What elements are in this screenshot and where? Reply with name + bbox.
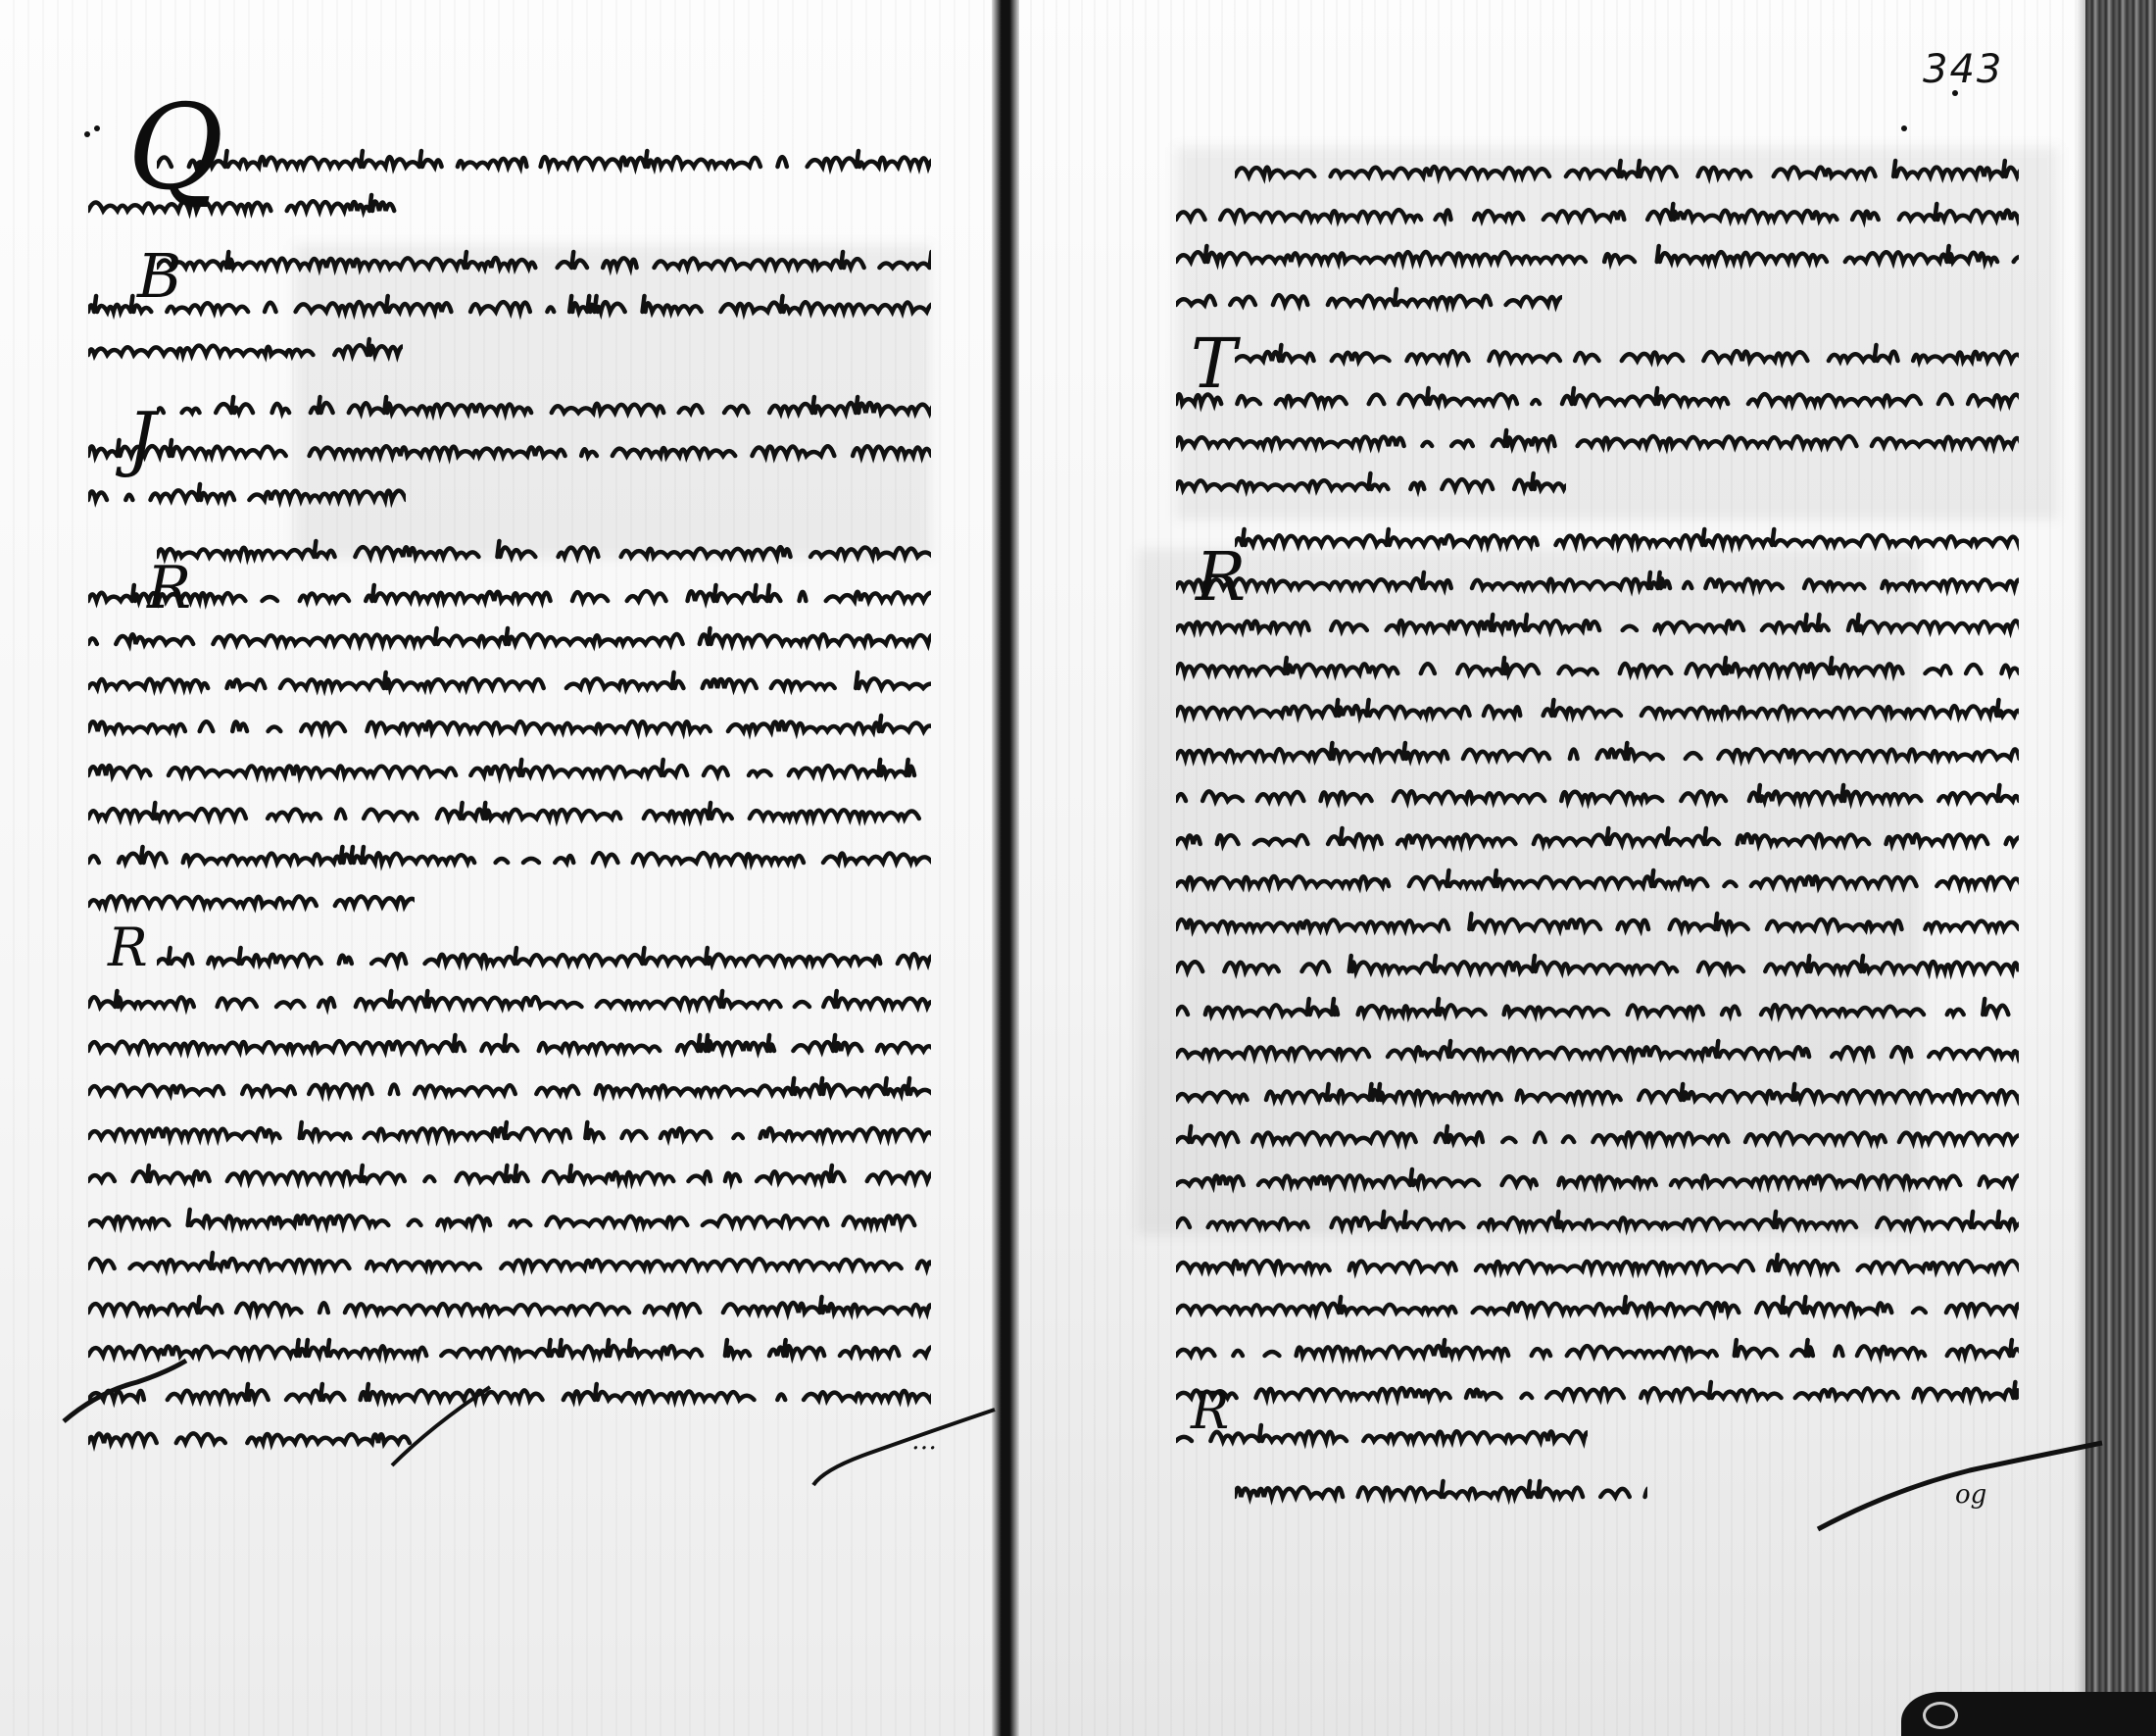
right-handwritten-line bbox=[1176, 242, 2019, 275]
left-handwritten-line bbox=[88, 799, 931, 832]
right-page-text bbox=[1176, 157, 2058, 1490]
right-handwritten-line bbox=[1176, 1251, 2019, 1284]
right-handwritten-line bbox=[1176, 781, 2019, 815]
right-handwritten-line bbox=[1176, 1293, 2019, 1326]
right-handwritten-line bbox=[1176, 611, 2019, 644]
right-handwritten-line bbox=[1235, 1477, 1647, 1511]
initial-letter-t: T bbox=[1191, 323, 1237, 404]
right-handwritten-line bbox=[1176, 1122, 2019, 1156]
tab-emblem-icon bbox=[1923, 1702, 1958, 1729]
initial-letter-r: R bbox=[1191, 1382, 1229, 1441]
initial-letter-q: Q bbox=[127, 90, 223, 208]
right-handwritten-line bbox=[1176, 470, 1566, 503]
ink-dot bbox=[1952, 90, 1958, 96]
right-handwritten-line bbox=[1176, 867, 2019, 900]
ink-dot bbox=[94, 125, 100, 131]
left-page-text bbox=[88, 147, 970, 1421]
left-handwritten-line bbox=[157, 393, 931, 426]
left-handwritten-line bbox=[88, 1162, 931, 1195]
right-handwritten-line bbox=[1176, 995, 2019, 1028]
right-handwritten-line bbox=[1235, 341, 2019, 374]
left-handwritten-line bbox=[88, 292, 931, 325]
right-handwritten-line bbox=[1176, 824, 2019, 858]
right-handwritten-line bbox=[1176, 910, 2019, 943]
folio-number: 343 bbox=[1923, 47, 2003, 92]
left-handwritten-line bbox=[88, 480, 406, 514]
left-handwritten-line bbox=[88, 581, 931, 615]
left-handwritten-line bbox=[88, 1293, 931, 1326]
bookmark-tab bbox=[1901, 1692, 2156, 1736]
pen-flourish bbox=[59, 1353, 196, 1431]
left-handwritten-line bbox=[157, 248, 931, 281]
initial-letter-r: R bbox=[108, 917, 148, 978]
initial-letter-r: R bbox=[1196, 539, 1246, 617]
right-handwritten-line bbox=[1176, 696, 2019, 729]
left-handwritten-line bbox=[88, 1031, 931, 1065]
right-handwritten-line bbox=[1235, 157, 2019, 190]
right-handwritten-line bbox=[1176, 1208, 2019, 1241]
left-handwritten-line bbox=[88, 1336, 931, 1369]
right-handwritten-line bbox=[1176, 1378, 2019, 1412]
left-handwritten-line bbox=[88, 1118, 931, 1152]
initial-letter-b: B bbox=[137, 240, 182, 312]
right-handwritten-line bbox=[1176, 569, 2019, 602]
left-handwritten-line bbox=[157, 944, 931, 977]
pen-flourish bbox=[804, 1402, 1000, 1490]
ink-dot bbox=[1901, 125, 1907, 131]
right-handwritten-line bbox=[1176, 426, 2019, 460]
initial-letter-r: R bbox=[147, 554, 191, 622]
right-handwritten-line bbox=[1176, 654, 2019, 687]
pen-flourish bbox=[382, 1382, 500, 1470]
right-handwritten-line bbox=[1176, 1080, 2019, 1114]
right-handwritten-line bbox=[1176, 1037, 2019, 1070]
left-handwritten-line bbox=[88, 843, 931, 876]
left-handwritten-line bbox=[88, 436, 931, 470]
left-handwritten-line bbox=[88, 624, 931, 658]
right-handwritten-line bbox=[1176, 739, 2019, 772]
left-handwritten-line bbox=[88, 712, 931, 745]
manuscript-spread: 343 Q B J R R T R R … og bbox=[0, 0, 2156, 1736]
right-handwritten-line bbox=[1176, 1421, 1588, 1455]
left-handwritten-line bbox=[88, 669, 931, 702]
left-handwritten-line bbox=[88, 1206, 931, 1239]
right-handwritten-line bbox=[1235, 525, 2019, 559]
right-handwritten-line bbox=[1176, 200, 2019, 233]
initial-letter-j: J bbox=[127, 397, 156, 479]
left-handwritten-line bbox=[88, 987, 931, 1020]
left-handwritten-line bbox=[88, 1249, 931, 1282]
left-handwritten-line bbox=[88, 1074, 931, 1108]
left-handwritten-line bbox=[157, 147, 931, 180]
closing-mark: og bbox=[1955, 1480, 1986, 1510]
right-handwritten-line bbox=[1176, 285, 1562, 319]
left-handwritten-line bbox=[88, 756, 931, 789]
right-handwritten-line bbox=[1176, 1166, 2019, 1199]
right-handwritten-line bbox=[1176, 1336, 2019, 1369]
left-handwritten-line bbox=[88, 886, 415, 919]
right-handwritten-line bbox=[1176, 952, 2019, 985]
left-handwritten-line bbox=[88, 335, 403, 369]
catchword: … bbox=[911, 1426, 937, 1456]
right-handwritten-line bbox=[1176, 384, 2019, 418]
ink-dot bbox=[84, 131, 90, 137]
left-handwritten-line bbox=[157, 537, 931, 570]
